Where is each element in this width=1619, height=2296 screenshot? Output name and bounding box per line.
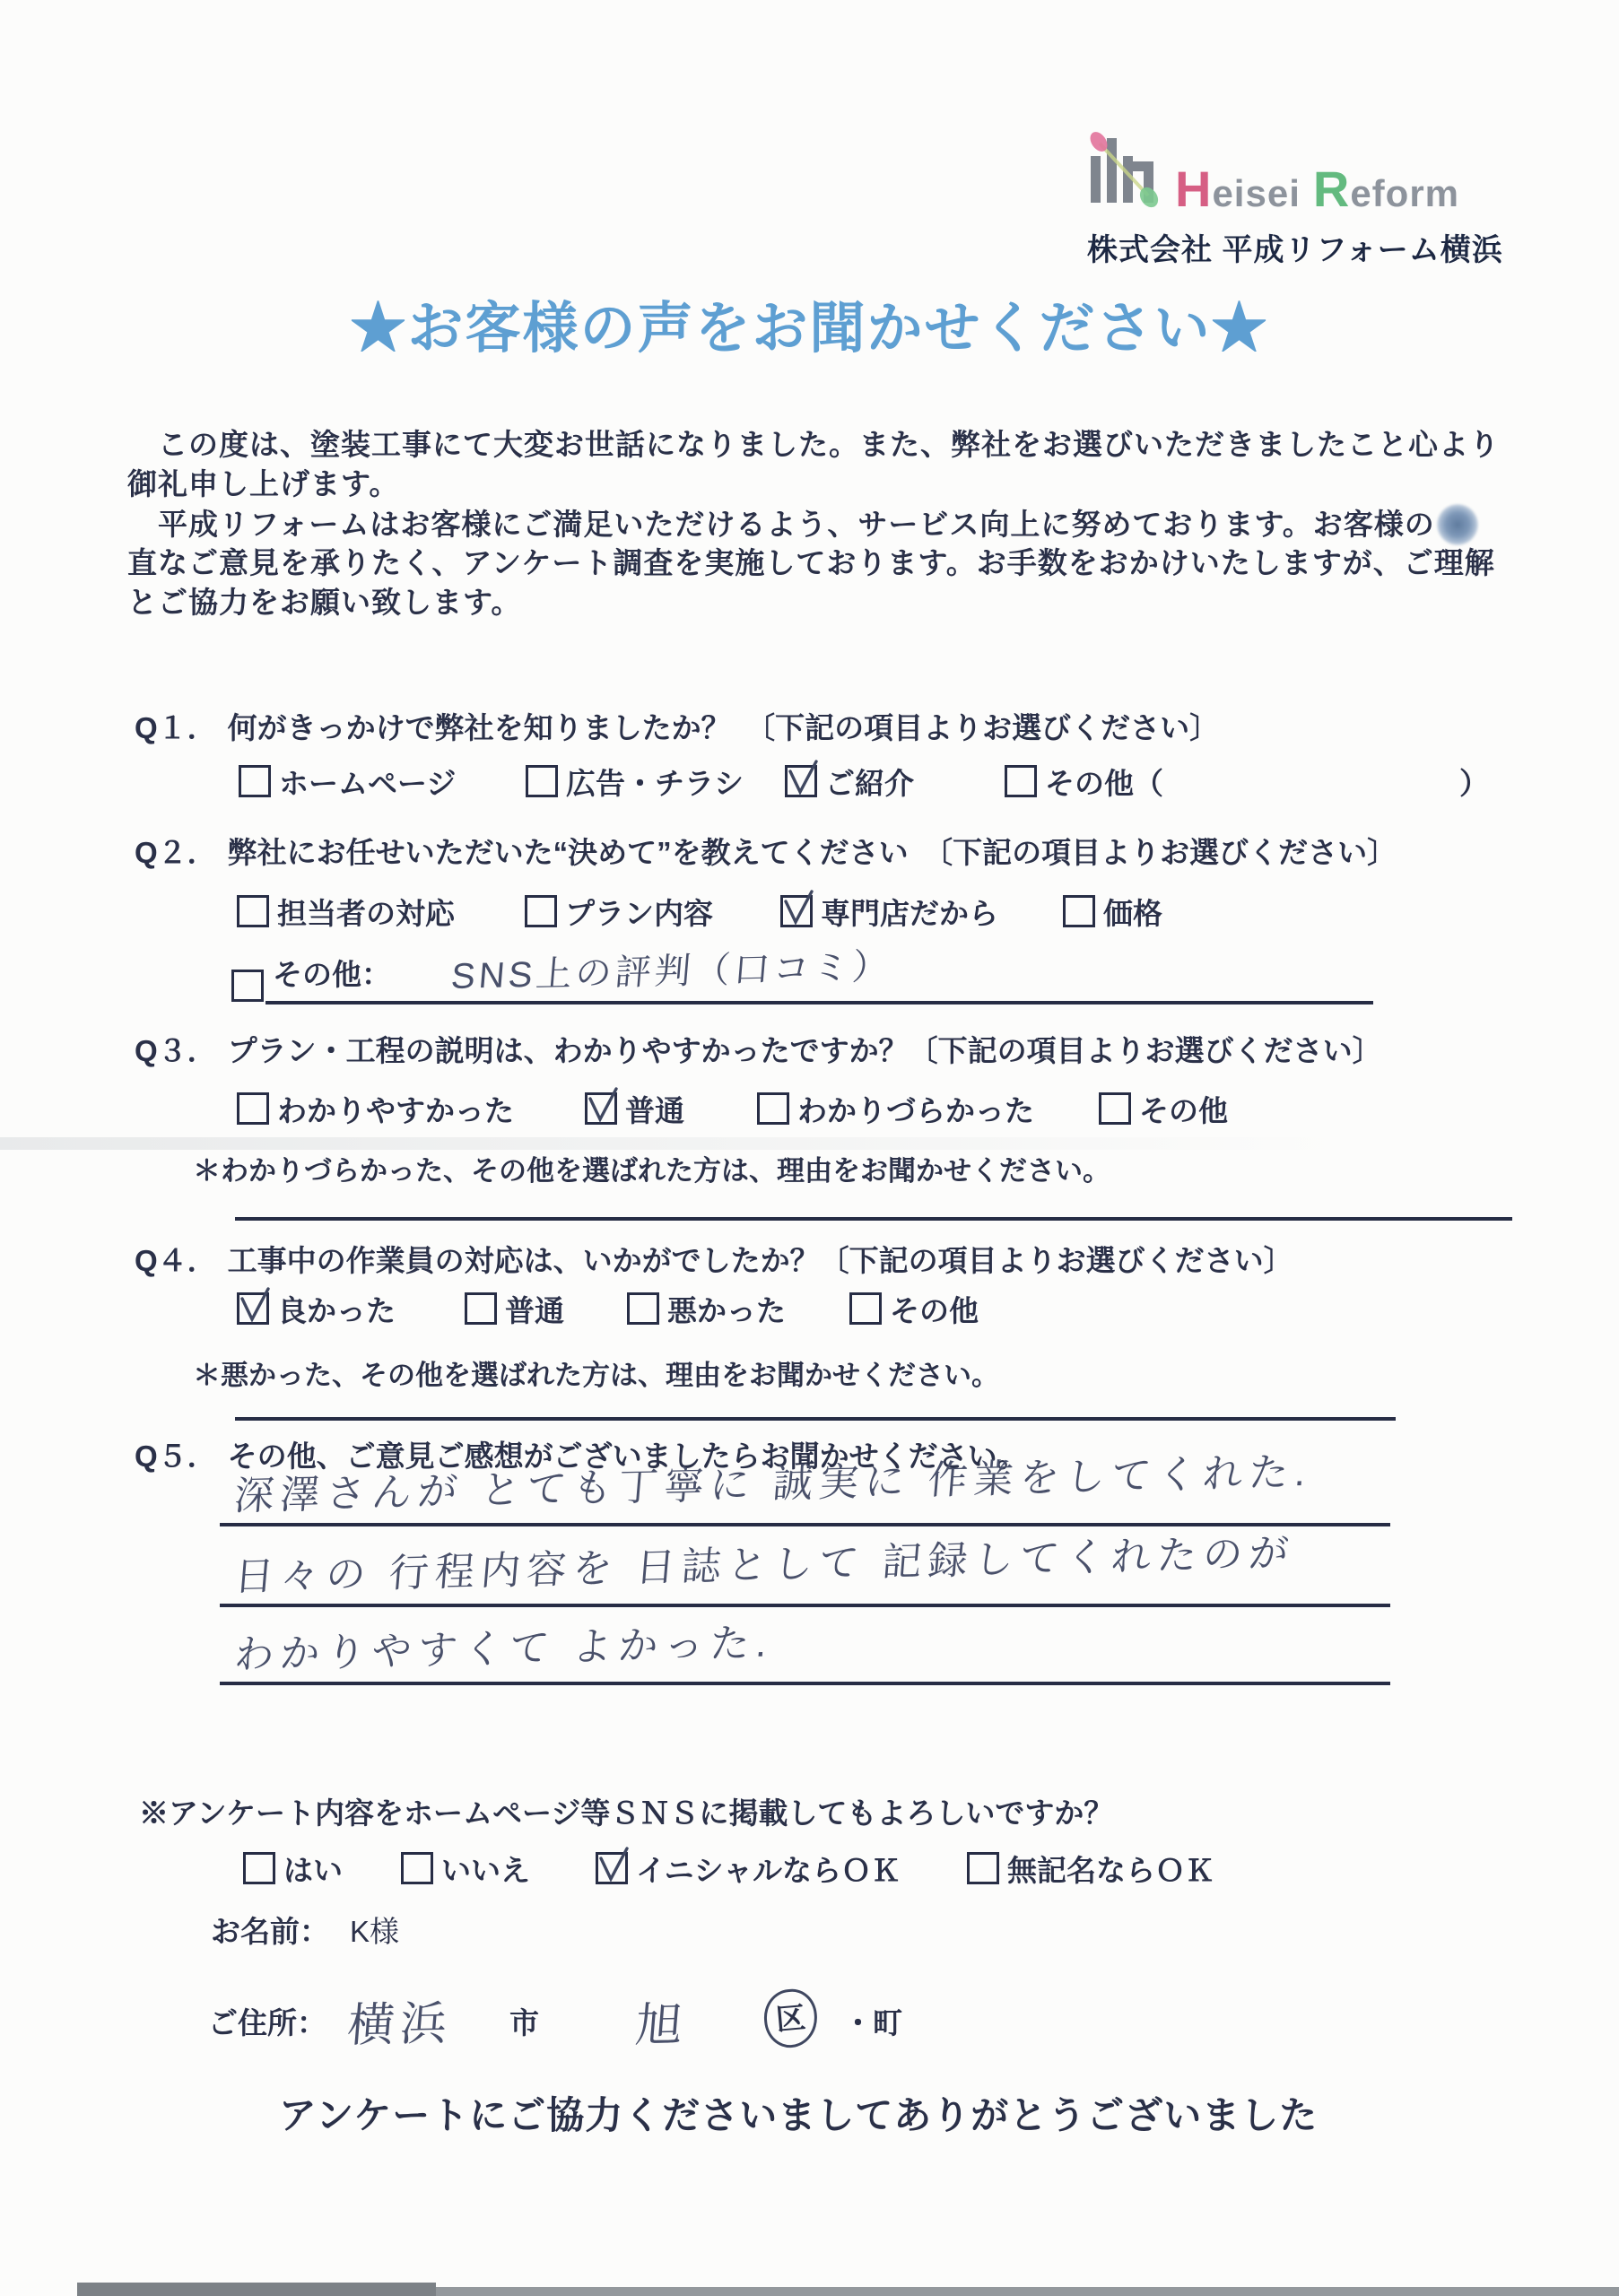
- page-title: ★お客様の声をお聞かせください★: [0, 283, 1619, 363]
- name-value: K様: [350, 1909, 399, 1951]
- address-row: ご住所： 横浜 市 旭 区 ・町: [0, 1987, 1619, 2068]
- intro-line: 御礼申し上げます。: [127, 465, 1562, 504]
- intro-paragraph: この度は、塗装工事にて大変お世話になりました。また、弊社をお選びいただきましたこ…: [127, 425, 1562, 622]
- q2-option-specialty[interactable]: 専門店だから: [780, 892, 998, 930]
- q3-options: わかりやすかった 普通 わかりづらかった その他: [0, 1090, 1619, 1131]
- option-label: 普通: [505, 1288, 564, 1330]
- option-label: わかりづらかった: [797, 1088, 1034, 1130]
- q5-answer-line-2[interactable]: 日々の 行程内容を 日誌として 記録してくれたのが: [220, 1552, 1390, 1607]
- survey-page: HeiseiReform 株式会社 平成リフォーム横浜 ★お客様の声をお聞かせく…: [0, 0, 1619, 2296]
- name-row: お名前： K様: [0, 1909, 1619, 1953]
- address-city-handwritten: 横浜: [345, 1985, 455, 2055]
- option-label: イニシャルならＯＫ: [636, 1848, 901, 1890]
- sns-option-initials-ok[interactable]: イニシャルならＯＫ: [596, 1849, 901, 1887]
- q2-option-staff[interactable]: 担当者の対応: [237, 892, 455, 930]
- q1-options: ホームページ 広告・チラシ ご紹介 その他 （ ）: [0, 762, 1619, 804]
- sns-option-anonymous-ok[interactable]: 無記名ならＯＫ: [967, 1849, 1214, 1887]
- q4-question-text: 工事中の作業員の対応は、いかがでしたか？〔下記の項目よりお選びください〕: [228, 1238, 1293, 1280]
- scan-edge-artifact-dark: [77, 2283, 436, 2296]
- q3-option-easy[interactable]: わかりやすかった: [237, 1090, 514, 1127]
- q2-other-handwritten-answer: SNS上の評判（口コミ）: [449, 938, 894, 999]
- q4-option-bad[interactable]: 悪かった: [627, 1290, 786, 1327]
- address-town-suffix: ・町: [843, 2000, 902, 2042]
- company-logo: HeiseiReform 株式会社 平成リフォーム横浜: [1087, 124, 1503, 269]
- q4-options: 良かった 普通 悪かった その他: [0, 1290, 1619, 1331]
- option-label: ご紹介: [825, 761, 914, 803]
- logo-wordmark: HeiseiReform: [1175, 164, 1459, 214]
- checkbox[interactable]: [237, 1292, 269, 1325]
- q4-option-normal[interactable]: 普通: [465, 1290, 564, 1327]
- checkbox[interactable]: [585, 1092, 617, 1125]
- checkbox[interactable]: [526, 765, 558, 797]
- q4-option-other[interactable]: その他: [849, 1290, 979, 1327]
- q5-answer-line-3[interactable]: わかりやすくて よかった.: [220, 1630, 1390, 1685]
- q2-option-price[interactable]: 価格: [1063, 892, 1162, 930]
- q1-question: Q１． 何がきっかけで弊社を知りましたか？ 〔下記の項目よりお選びください〕: [135, 705, 1219, 747]
- q4-reason-line[interactable]: [235, 1417, 1396, 1421]
- q3-question-text: プラン・工程の説明は、わかりやすかったですか？〔下記の項目よりお選びください〕: [228, 1028, 1382, 1070]
- q3-question: Q３． プラン・工程の説明は、わかりやすかったですか？〔下記の項目よりお選びくだ…: [135, 1028, 1382, 1070]
- q1-question-text: 何がきっかけで弊社を知りましたか？ 〔下記の項目よりお選びください〕: [228, 705, 1220, 747]
- sns-question: ※アンケート内容をホームページ等ＳＮＳに掲載してもよろしいですか？: [139, 1790, 1113, 1832]
- checkbox[interactable]: [401, 1852, 433, 1884]
- address-label: ご住所：: [208, 2000, 326, 2042]
- address-ward-handwritten: 旭: [633, 1987, 691, 2055]
- option-label: 広告・チラシ: [566, 761, 744, 803]
- heisei-reform-logo-icon: [1087, 124, 1161, 214]
- q1-option-referral[interactable]: ご紹介: [785, 762, 914, 800]
- checkbox[interactable]: [596, 1852, 628, 1884]
- q3-reason-line[interactable]: [235, 1217, 1512, 1221]
- sns-option-yes[interactable]: はい: [243, 1849, 343, 1887]
- q2-question-text: 弊社にお任せいただいた“決めて”を教えてください 〔下記の項目よりお選びください…: [228, 830, 1397, 872]
- option-label: 価格: [1103, 891, 1162, 933]
- q3-option-normal[interactable]: 普通: [585, 1090, 684, 1127]
- q2-options: 担当者の対応 プラン内容 専門店だから 価格: [0, 892, 1619, 934]
- checkbox[interactable]: [849, 1292, 882, 1325]
- option-label: 良かった: [277, 1288, 396, 1330]
- q1-option-other[interactable]: その他 （ ）: [1005, 762, 1489, 800]
- company-name: 株式会社 平成リフォーム横浜: [1087, 225, 1503, 269]
- checkbox[interactable]: [967, 1852, 999, 1884]
- checkbox[interactable]: [237, 1092, 269, 1125]
- option-label: プラン内容: [565, 891, 713, 933]
- intro-line: 平成リフォームはお客様にご満足いただけるよう、サービス向上に努めております。お客…: [127, 504, 1562, 544]
- option-label: 普通: [625, 1088, 684, 1130]
- q5-handwritten-line-2: 日々の 行程内容を 日誌として 記録してくれたのが: [232, 1520, 1297, 1602]
- q5-handwritten-line-3: わかりやすくて よかった.: [232, 1610, 776, 1680]
- address-city-suffix: 市: [509, 2000, 539, 2042]
- option-label: その他: [1139, 1088, 1228, 1130]
- intro-line: 直なご意見を承りたく、アンケート調査を実施しております。お手数をおかけいたします…: [127, 544, 1562, 583]
- q2-question: Q２． 弊社にお任せいただいた“決めて”を教えてください 〔下記の項目よりお選び…: [135, 830, 1397, 872]
- option-label: 専門店だから: [821, 891, 998, 933]
- q1-option-homepage[interactable]: ホームページ: [239, 762, 456, 800]
- q4-note: ＊悪かった、その他を選ばれた方は、理由をお聞かせください。: [193, 1352, 999, 1393]
- option-label: わかりやすかった: [277, 1088, 514, 1130]
- q4-option-good[interactable]: 良かった: [237, 1290, 396, 1327]
- q2-other-label: その他：: [273, 952, 391, 994]
- option-label: 悪かった: [667, 1288, 786, 1330]
- q1-option-flyer[interactable]: 広告・チラシ: [526, 762, 744, 800]
- checkbox[interactable]: [780, 895, 813, 927]
- checkbox[interactable]: [239, 765, 271, 797]
- checkbox[interactable]: [757, 1092, 789, 1125]
- checkbox[interactable]: [1063, 895, 1095, 927]
- ink-smudge-artifact: [1437, 504, 1478, 545]
- hand-drawn-circle: 区: [762, 1987, 819, 2050]
- sns-option-no[interactable]: いいえ: [401, 1849, 530, 1887]
- checkbox[interactable]: [465, 1292, 497, 1325]
- q3-note: ＊わかりづらかった、その他を選ばれた方は、理由をお聞かせください。: [193, 1148, 1110, 1188]
- name-label: お名前：: [211, 1909, 329, 1951]
- thanks-message: アンケートにご協力くださいましてありがとうございました: [0, 2086, 1597, 2140]
- q2-other-answer-line[interactable]: その他： SNS上の評判（口コミ）: [265, 949, 1373, 1004]
- checkbox[interactable]: [231, 970, 264, 1002]
- option-label: 無記名ならＯＫ: [1007, 1848, 1214, 1890]
- option-label: ホームページ: [279, 761, 456, 803]
- q5-answer-line-1[interactable]: 深澤さんが とても丁寧に 誠実に 作業をしてくれた.: [220, 1471, 1390, 1526]
- checkbox[interactable]: [525, 895, 557, 927]
- option-label: その他: [890, 1288, 979, 1330]
- option-label: 担当者の対応: [277, 891, 455, 933]
- option-label: その他: [1045, 761, 1134, 803]
- checkbox[interactable]: [627, 1292, 659, 1325]
- option-label: いいえ: [441, 1848, 530, 1890]
- intro-line: とご協力をお願い致します。: [127, 583, 1562, 622]
- checkbox[interactable]: [1099, 1092, 1131, 1125]
- q2-option-plan[interactable]: プラン内容: [525, 892, 713, 930]
- intro-line: この度は、塗装工事にて大変お世話になりました。また、弊社をお選びいただきましたこ…: [127, 425, 1562, 465]
- q4-question: Q４． 工事中の作業員の対応は、いかがでしたか？〔下記の項目よりお選びください〕: [135, 1238, 1293, 1280]
- sns-options: はい いいえ イニシャルならＯＫ 無記名ならＯＫ: [0, 1849, 1619, 1891]
- option-label: はい: [283, 1848, 343, 1890]
- checkbox[interactable]: [237, 895, 269, 927]
- q3-option-hard[interactable]: わかりづらかった: [757, 1090, 1034, 1127]
- q3-option-other[interactable]: その他: [1099, 1090, 1228, 1127]
- checkbox[interactable]: [243, 1852, 275, 1884]
- sns-question-text: ※アンケート内容をホームページ等ＳＮＳに掲載してもよろしいですか？: [139, 1790, 1113, 1832]
- address-ward-circled: 区: [764, 1989, 817, 2048]
- checkbox[interactable]: [785, 765, 817, 797]
- checkbox[interactable]: [1005, 765, 1037, 797]
